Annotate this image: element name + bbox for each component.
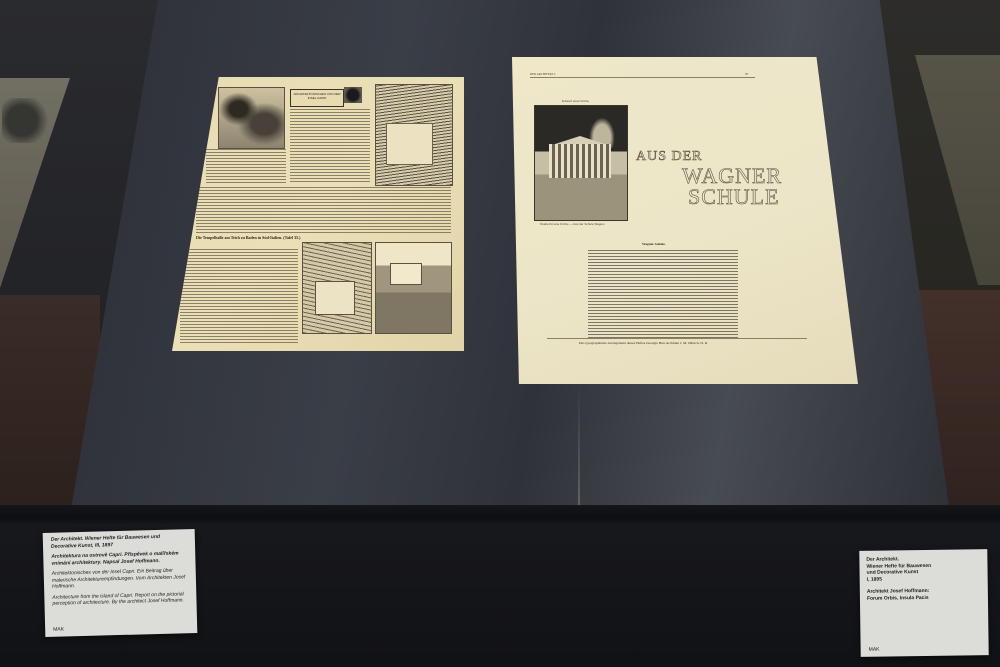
article-title: Die Tempelhalle am Teich zu Baden in Süd… xyxy=(196,235,306,240)
museum-scene: ARCHITEKTONISCHES VON DER INSEL CAPRI Di… xyxy=(0,0,1000,667)
church-engraving xyxy=(534,105,628,221)
label-text-en: Architecture from the island of Capri. R… xyxy=(52,591,188,608)
exhibit-label-right: Der Architekt. Wiener Hefte für Bauwesen… xyxy=(859,549,988,657)
header-rule xyxy=(530,77,755,78)
footer-text: Das typographische Arrangement dieses He… xyxy=(579,341,708,345)
body-heading: Wagner-Schule. xyxy=(642,242,666,246)
text-column xyxy=(290,109,370,184)
text-column xyxy=(180,249,298,345)
illustration-capri-house xyxy=(375,84,453,186)
footer-rule xyxy=(547,338,807,339)
label-text-de: Architektonisches von der Insel Capri. E… xyxy=(52,567,188,590)
mak-logo: MAK xyxy=(53,626,64,633)
label-subtitle-line2: Forum Orbis, Insula Pacis xyxy=(867,594,981,602)
exhibit-label-left: Der Architekt. Wiener Hefte für Bauwesen… xyxy=(43,529,198,637)
board-fold-line xyxy=(578,385,580,515)
small-photo xyxy=(344,87,362,103)
engraving-caption-top: Entwurf einer Kirche xyxy=(562,99,589,103)
case-rail xyxy=(0,505,1000,527)
illustration-capri-street xyxy=(302,242,372,334)
mak-logo: MAK xyxy=(869,646,880,653)
magazine-page-capri: ARCHITEKTONISCHES VON DER INSEL CAPRI Di… xyxy=(172,77,464,351)
page-number: 37 xyxy=(745,72,748,76)
illustration-capri-ruin xyxy=(375,242,452,334)
engraving-caption-bottom: Studie für eine Kirche — Aus der Schule … xyxy=(540,222,605,226)
article-header-box: ARCHITEKTONISCHES VON DER INSEL CAPRI xyxy=(290,89,344,107)
running-header: DER ARCHITEKT I. xyxy=(530,72,556,76)
engraving-portico xyxy=(549,144,611,178)
illustration-capri-villa xyxy=(218,87,285,149)
text-column xyxy=(206,149,286,185)
label-title-cz: Architektura na ostrově Capri. Příspěvek… xyxy=(51,550,187,567)
reflected-sketch xyxy=(2,98,52,143)
text-column xyxy=(196,187,451,233)
body-text xyxy=(588,250,738,340)
magazine-page-wagner-schule: DER ARCHITEKT I. 37 Entwurf einer Kirche… xyxy=(512,57,858,384)
title-schule: SCHULE xyxy=(688,184,780,210)
label-title-de: Der Architekt. Wiener Hefte für Bauwesen… xyxy=(51,533,187,550)
